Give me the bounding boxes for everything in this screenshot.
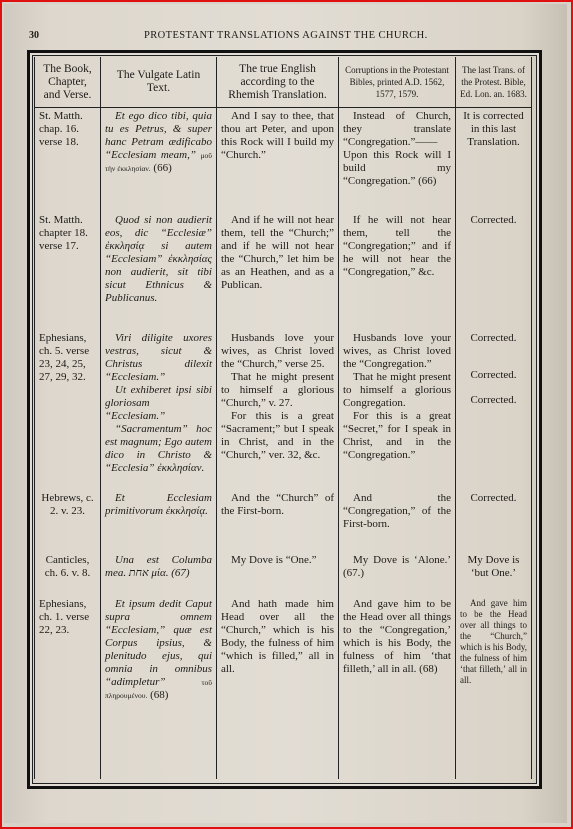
- cell-reference: St. Matth. chapter 18. verse 17.: [35, 212, 101, 330]
- cell-rhemish: And if he will not hear them, tell the “…: [217, 212, 339, 330]
- table-row: St. Matth. chapter 18. verse 17. Quod si…: [35, 212, 532, 330]
- latin-text: Et ego dico tibi, quia tu es Petrus, & s…: [105, 110, 212, 161]
- rhemish-verse-32: For this is a great “Sacrament;” but I s…: [221, 410, 334, 462]
- cell-latin: Una est Columba mea. אחת μία. (67): [101, 552, 217, 596]
- cell-reference: Ephesians, ch. 1. verse 22, 23.: [35, 596, 101, 704]
- cell-protestant: My Dove is ‘Alone.’ (67.): [339, 552, 456, 596]
- cell-rhemish: Husbands love your wives, as Christ love…: [217, 330, 339, 490]
- cell-reference: Ephesians, ch. 5. verse 23, 24, 25, 27, …: [35, 330, 101, 490]
- header-row: The Book, Chapter, and Verse. The Vulgat…: [35, 57, 532, 108]
- running-head: PROTESTANT TRANSLATIONS AGAINST THE CHUR…: [144, 30, 428, 41]
- latin-verse-27: Ut exhiberet ipsi sibi gloriosam “Eccles…: [105, 384, 212, 423]
- protestant-verse-27: That he might present to himself a glori…: [343, 371, 451, 410]
- cell-latin: Et Ecclesiam primitivorum ἐκκλησίᾳ.: [101, 490, 217, 552]
- latin-text: Et ipsum dedit Caput supra omnem “Eccles…: [105, 598, 212, 688]
- cell-reference: Canticles, ch. 6. v. 8.: [35, 552, 101, 596]
- protestant-verse-32: For this is a great “Secret,” for I spea…: [343, 410, 451, 462]
- cell-protestant: If he will not hear them, tell the “Cong…: [339, 212, 456, 330]
- last-trans-verse-27: Corrected.: [460, 369, 527, 382]
- cell-last-trans: Corrected. Corrected. Corrected.: [456, 330, 532, 490]
- header-protestant-corruptions: Corruptions in the Protestant Bibles, pr…: [339, 57, 456, 108]
- cell-reference: Hebrews, c. 2. v. 23.: [35, 490, 101, 552]
- cell-latin: Quod si non audierit eos, dic “Ecclesiæ”…: [101, 212, 217, 330]
- cell-latin: Et ego dico tibi, quia tu es Petrus, & s…: [101, 108, 217, 212]
- page-number: 30: [29, 30, 39, 41]
- table-row: St. Matth. chap. 16. verse 18. Et ego di…: [35, 108, 532, 212]
- cell-protestant: And gave him to be the Head over all thi…: [339, 596, 456, 704]
- header-vulgate-latin: The Vulgate Latin Text.: [101, 57, 217, 108]
- table-row: Ephesians, ch. 5. verse 23, 24, 25, 27, …: [35, 330, 532, 490]
- cell-rhemish: My Dove is “One.”: [217, 552, 339, 596]
- cell-protestant: Instead of Church, they translate “Congr…: [339, 108, 456, 212]
- cell-protestant: And the “Congregation,” of the First-bor…: [339, 490, 456, 552]
- last-trans-verse-25: Corrected.: [460, 332, 527, 345]
- header-last-translation: The last Trans. of the Protest. Bible, E…: [456, 57, 532, 108]
- header-rhemish-english: The true English according to the Rhemis…: [217, 57, 339, 108]
- comparison-table: The Book, Chapter, and Verse. The Vulgat…: [34, 57, 532, 779]
- cell-last-trans: My Dove is ‘but One.’: [456, 552, 532, 596]
- last-trans-verse-32: Corrected.: [460, 394, 527, 407]
- cell-protestant: Husbands love your wives, as Christ love…: [339, 330, 456, 490]
- empty-row: [35, 704, 532, 780]
- cell-last-trans: And gave him to be the Head over all thi…: [456, 596, 532, 704]
- table-row: Ephesians, ch. 1. verse 22, 23. Et ipsum…: [35, 596, 532, 704]
- footnote-ref: (68): [150, 689, 168, 701]
- cell-rhemish: And I say to thee, that thou art Peter, …: [217, 108, 339, 212]
- cell-latin: Viri diligite uxores vestras, sicut & Ch…: [101, 330, 217, 490]
- rhemish-verse-27: That he might present to himself a glori…: [221, 371, 334, 410]
- protestant-verse-25: Husbands love your wives, as Christ love…: [343, 332, 451, 371]
- latin-verse-25: Viri diligite uxores vestras, sicut & Ch…: [105, 332, 212, 384]
- header-book-chapter-verse: The Book, Chapter, and Verse.: [35, 57, 101, 108]
- latin-verse-32: “Sacramentum” hoc est magnum; Ego autem …: [105, 423, 212, 475]
- table-row: Canticles, ch. 6. v. 8. Una est Columba …: [35, 552, 532, 596]
- table-row: Hebrews, c. 2. v. 23. Et Ecclesiam primi…: [35, 490, 532, 552]
- cell-latin: Et ipsum dedit Caput supra omnem “Eccles…: [101, 596, 217, 704]
- footnote-ref: (66): [153, 162, 171, 174]
- cell-last-trans: Corrected.: [456, 490, 532, 552]
- cell-last-trans: Corrected.: [456, 212, 532, 330]
- cell-rhemish: And hath made him Head over all the “Chu…: [217, 596, 339, 704]
- cell-reference: St. Matth. chap. 16. verse 18.: [35, 108, 101, 212]
- cell-rhemish: And the “Church” of the First-born.: [217, 490, 339, 552]
- rhemish-verse-25: Husbands love your wives, as Christ love…: [221, 332, 334, 371]
- cell-last-trans: It is corrected in this last Translation…: [456, 108, 532, 212]
